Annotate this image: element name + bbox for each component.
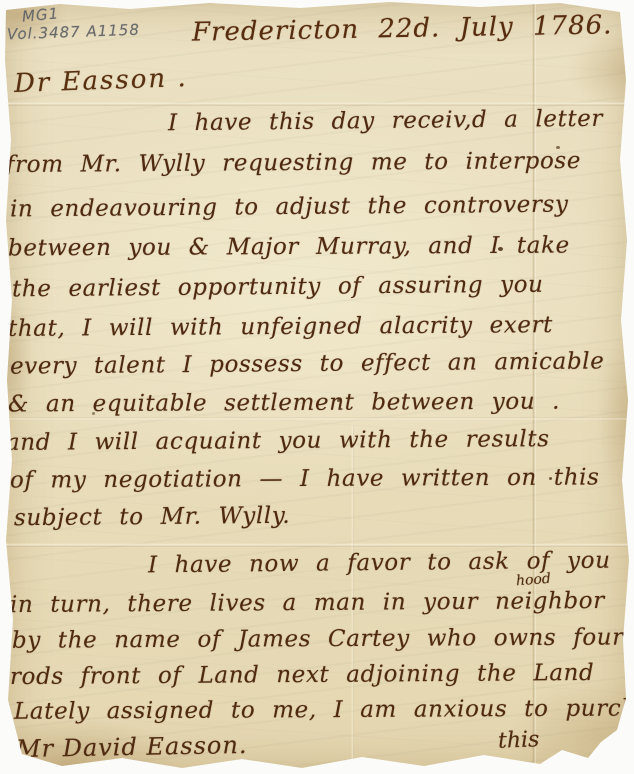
letter-line: and I will acquaint you with the results bbox=[6, 428, 550, 455]
letter-line: the earliest opportunity of assuring you bbox=[12, 274, 544, 302]
letter-dateline: Fredericton 22d. July 1786. bbox=[192, 10, 613, 47]
letter-line: of my negotiation — I have written on th… bbox=[10, 466, 600, 492]
letter-line: Lately assigned to me, I am anxious to p… bbox=[14, 697, 634, 723]
letter-line: by the name of James Cartey who owns fou… bbox=[12, 626, 634, 652]
letter-addressee: Mr David Easson. bbox=[16, 731, 248, 763]
letter-line: in endeavouring to adjust the controvers… bbox=[10, 194, 569, 222]
letter-line: between you & Major Murray, and I take bbox=[8, 235, 570, 261]
letter-line: that, I will with unfeigned alacrity exe… bbox=[8, 314, 553, 341]
horizontal-fold-crease-middle bbox=[0, 417, 634, 420]
letter-salutation: Dr Easson . bbox=[14, 63, 189, 99]
horizontal-fold-crease-bottom bbox=[0, 543, 634, 547]
letter-line: I have this day receiv,d a letter bbox=[168, 108, 603, 136]
letter-scan: MG1 Vol.3487 A1158 Fredericton 22d. July… bbox=[0, 0, 634, 774]
letter-catchword: this bbox=[498, 727, 540, 753]
archive-reference-line2: Vol.3487 A1158 bbox=[7, 21, 140, 44]
interlinear-insertion: hood bbox=[515, 571, 551, 589]
letter-line: & an equitable settlement between you . bbox=[8, 391, 560, 417]
archive-reference-line1: MG1 bbox=[21, 4, 60, 25]
letter-paper-sheet: MG1 Vol.3487 A1158 Fredericton 22d. July… bbox=[0, 0, 634, 774]
letter-line: in turn, there lives a man in your neigh… bbox=[10, 590, 605, 617]
letter-line: every talent I possess to effect an amic… bbox=[10, 350, 605, 378]
letter-line: from Mr. Wylly requesting me to interpos… bbox=[6, 150, 581, 177]
letter-line: subject to Mr. Wylly. bbox=[14, 505, 290, 530]
letter-line: rods front of Land next adjoining the La… bbox=[10, 662, 594, 689]
